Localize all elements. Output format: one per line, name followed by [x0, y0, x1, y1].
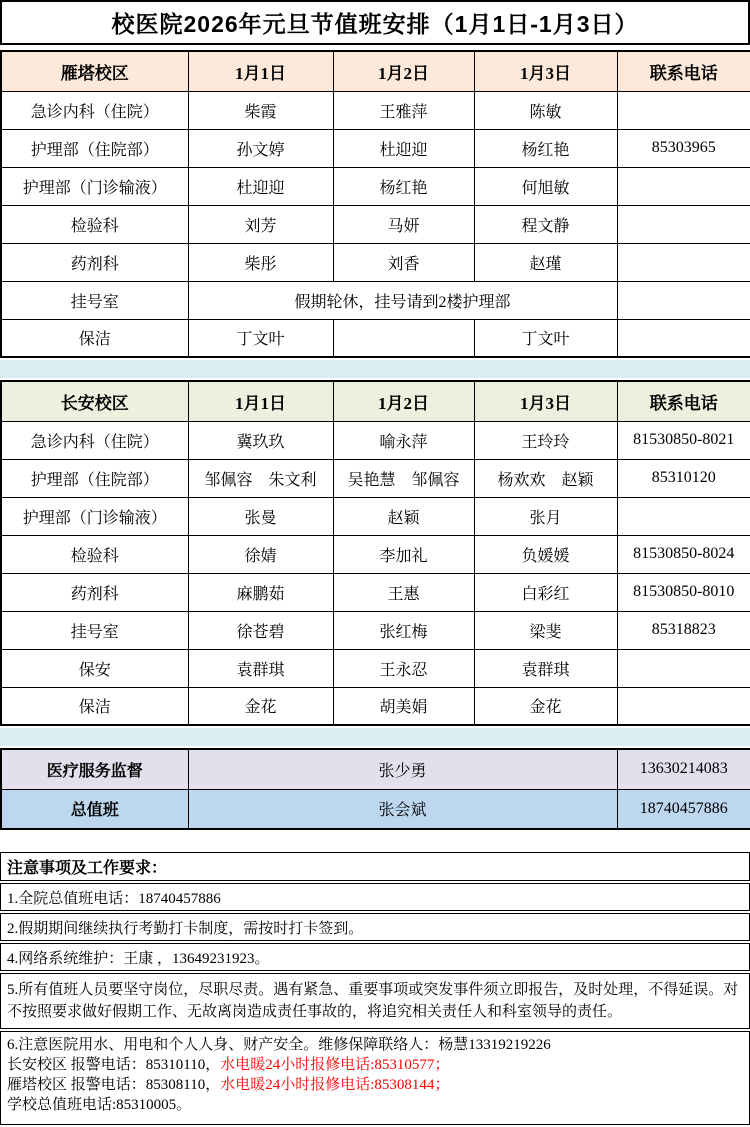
phone-cell — [617, 649, 750, 687]
table-row: 药剂科 麻鹏茹 王惠 白彩红 81530850-8010 — [1, 573, 750, 611]
phone-cell — [617, 167, 750, 205]
note-item-2: 2.假期期间继续执行考勤打卡制度，需按时打卡签到。 — [0, 913, 750, 941]
table-row: 保洁 金花 胡美娟 金花 — [1, 687, 750, 725]
duty-cell: 徐婧 — [188, 535, 333, 573]
duty-cell: 喻永萍 — [333, 421, 474, 459]
general-duty-row: 总值班 张会斌 18740457886 — [1, 789, 750, 829]
duty-cell: 赵颖 — [333, 497, 474, 535]
page-title: 校医院2026年元旦节值班安排（1月1日-1月3日） — [0, 0, 750, 45]
phone-cell — [617, 497, 750, 535]
duty-cell — [333, 319, 474, 357]
yanta-header-row: 雁塔校区 1月1日 1月2日 1月3日 联系电话 — [1, 51, 750, 91]
note-item-6-line4: 学校总值班电话:85310005。 — [7, 1095, 743, 1115]
duty-cell: 白彩红 — [474, 573, 617, 611]
summary-phone-cell: 18740457886 — [617, 789, 750, 829]
table-row: 急诊内科（住院） 冀玖玖 喻永萍 王玲玲 81530850-8021 — [1, 421, 750, 459]
separator-band — [0, 360, 750, 378]
summary-name-cell: 张少勇 — [188, 749, 617, 789]
duty-cell: 杜迎迎 — [188, 167, 333, 205]
phone-cell — [617, 91, 750, 129]
duty-cell: 刘香 — [333, 243, 474, 281]
date1-header-cell: 1月1日 — [188, 381, 333, 421]
duty-cell: 丁文叶 — [188, 319, 333, 357]
summary-table: 医疗服务监督 张少勇 13630214083 总值班 张会斌 187404578… — [0, 748, 750, 830]
table-row: 保洁 丁文叶 丁文叶 — [1, 319, 750, 357]
yanta-alarm-phone: 雁塔校区 报警电话：85308110， — [7, 1077, 220, 1093]
dept-cell: 挂号室 — [1, 611, 188, 649]
duty-cell: 刘芳 — [188, 205, 333, 243]
duty-cell: 杨欢欢 赵颖 — [474, 459, 617, 497]
phone-cell: 85310120 — [617, 459, 750, 497]
duty-cell: 张月 — [474, 497, 617, 535]
duty-cell: 杨红艳 — [474, 129, 617, 167]
date2-header-cell: 1月2日 — [333, 381, 474, 421]
duty-cell: 徐苍碧 — [188, 611, 333, 649]
note-item-6-line2: 长安校区 报警电话：85310110，水电暖24小时报修电话:85310577； — [7, 1055, 743, 1075]
duty-cell: 丁文叶 — [474, 319, 617, 357]
phone-header-cell: 联系电话 — [617, 381, 750, 421]
phone-cell — [617, 243, 750, 281]
changan-alarm-phone: 长安校区 报警电话：85310110， — [7, 1057, 220, 1073]
duty-cell: 金花 — [474, 687, 617, 725]
dept-cell: 保洁 — [1, 319, 188, 357]
duty-cell: 何旭敏 — [474, 167, 617, 205]
phone-cell — [617, 319, 750, 357]
date3-header-cell: 1月3日 — [474, 381, 617, 421]
dept-cell: 检验科 — [1, 205, 188, 243]
medical-supervision-row: 医疗服务监督 张少勇 13630214083 — [1, 749, 750, 789]
yanta-repair-hotline: 水电暖24小时报修电话:85308144； — [220, 1077, 449, 1093]
duty-cell: 袁群琪 — [474, 649, 617, 687]
changan-campus-table: 长安校区 1月1日 1月2日 1月3日 联系电话 急诊内科（住院） 冀玖玖 喻永… — [0, 380, 750, 726]
date2-header-cell: 1月2日 — [333, 51, 474, 91]
campus-header-cell: 雁塔校区 — [1, 51, 188, 91]
summary-label-cell: 总值班 — [1, 789, 188, 829]
summary-phone-cell: 13630214083 — [617, 749, 750, 789]
table-row: 护理部（住院部） 邹佩容 朱文利 吴艳慧 邹佩容 杨欢欢 赵颖 85310120 — [1, 459, 750, 497]
dept-cell: 检验科 — [1, 535, 188, 573]
phone-cell: 81530850-8010 — [617, 573, 750, 611]
dept-cell: 药剂科 — [1, 243, 188, 281]
duty-schedule-sheet: 校医院2026年元旦节值班安排（1月1日-1月3日） 雁塔校区 1月1日 1月2… — [0, 0, 750, 1125]
duty-cell: 王惠 — [333, 573, 474, 611]
table-row: 挂号室 徐苍碧 张红梅 梁斐 85318823 — [1, 611, 750, 649]
dept-cell: 急诊内科（住院） — [1, 421, 188, 459]
note-item-5: 5.所有值班人员要坚守岗位，尽职尽责。遇有紧急、重要事项或突发事件须立即报告，及… — [0, 973, 750, 1029]
dept-cell: 保洁 — [1, 687, 188, 725]
date3-header-cell: 1月3日 — [474, 51, 617, 91]
duty-cell: 邹佩容 朱文利 — [188, 459, 333, 497]
duty-cell: 梁斐 — [474, 611, 617, 649]
duty-cell: 张曼 — [188, 497, 333, 535]
dept-cell: 护理部（门诊输液） — [1, 497, 188, 535]
duty-cell: 柴彤 — [188, 243, 333, 281]
phone-cell — [617, 687, 750, 725]
duty-cell: 杜迎迎 — [333, 129, 474, 167]
dept-cell: 护理部（门诊输液） — [1, 167, 188, 205]
duty-cell: 麻鹏茹 — [188, 573, 333, 611]
duty-cell: 王雅萍 — [333, 91, 474, 129]
phone-cell: 85318823 — [617, 611, 750, 649]
note-item-4: 4.网络系统维护：王康 ，13649231923。 — [0, 943, 750, 971]
duty-cell: 杨红艳 — [333, 167, 474, 205]
duty-cell: 冀玖玖 — [188, 421, 333, 459]
campus-header-cell: 长安校区 — [1, 381, 188, 421]
table-row: 护理部（住院部） 孙文婷 杜迎迎 杨红艳 85303965 — [1, 129, 750, 167]
changan-header-row: 长安校区 1月1日 1月2日 1月3日 联系电话 — [1, 381, 750, 421]
table-row: 护理部（门诊输液） 杜迎迎 杨红艳 何旭敏 — [1, 167, 750, 205]
phone-cell — [617, 205, 750, 243]
phone-cell: 85303965 — [617, 129, 750, 167]
duty-cell: 柴霞 — [188, 91, 333, 129]
phone-cell: 81530850-8024 — [617, 535, 750, 573]
duty-cell: 袁群琪 — [188, 649, 333, 687]
note-item-6-line1: 6.注意医院用水、用电和个人人身、财产安全。维修保障联络人：杨慧13319219… — [7, 1035, 743, 1055]
phone-cell — [617, 281, 750, 319]
separator-band — [0, 728, 750, 746]
table-row: 急诊内科（住院） 柴霞 王雅萍 陈敏 — [1, 91, 750, 129]
table-row-merged: 挂号室 假期轮休，挂号请到2楼护理部 — [1, 281, 750, 319]
dept-cell: 挂号室 — [1, 281, 188, 319]
note-item-6: 6.注意医院用水、用电和个人人身、财产安全。维修保障联络人：杨慧13319219… — [0, 1031, 750, 1125]
table-row: 护理部（门诊输液） 张曼 赵颖 张月 — [1, 497, 750, 535]
dept-cell: 药剂科 — [1, 573, 188, 611]
note-item-6-line3: 雁塔校区 报警电话：85308110，水电暖24小时报修电话:85308144； — [7, 1075, 743, 1095]
table-row: 检验科 刘芳 马妍 程文静 — [1, 205, 750, 243]
summary-label-cell: 医疗服务监督 — [1, 749, 188, 789]
duty-cell: 陈敏 — [474, 91, 617, 129]
table-row: 保安 袁群琪 王永忍 袁群琪 — [1, 649, 750, 687]
dept-cell: 护理部（住院部） — [1, 129, 188, 167]
duty-cell: 吴艳慧 邹佩容 — [333, 459, 474, 497]
duty-cell: 孙文婷 — [188, 129, 333, 167]
yanta-campus-table: 雁塔校区 1月1日 1月2日 1月3日 联系电话 急诊内科（住院） 柴霞 王雅萍… — [0, 50, 750, 358]
duty-cell: 程文静 — [474, 205, 617, 243]
dept-cell: 护理部（住院部） — [1, 459, 188, 497]
duty-cell: 赵瑾 — [474, 243, 617, 281]
duty-cell: 王玲玲 — [474, 421, 617, 459]
dept-cell: 急诊内科（住院） — [1, 91, 188, 129]
phone-header-cell: 联系电话 — [617, 51, 750, 91]
summary-name-cell: 张会斌 — [188, 789, 617, 829]
table-row: 药剂科 柴彤 刘香 赵瑾 — [1, 243, 750, 281]
duty-cell: 负媛媛 — [474, 535, 617, 573]
duty-cell: 马妍 — [333, 205, 474, 243]
date1-header-cell: 1月1日 — [188, 51, 333, 91]
merged-note-cell: 假期轮休，挂号请到2楼护理部 — [188, 281, 617, 319]
duty-cell: 胡美娟 — [333, 687, 474, 725]
duty-cell: 李加礼 — [333, 535, 474, 573]
duty-cell: 王永忍 — [333, 649, 474, 687]
note-item-1: 1.全院总值班电话：18740457886 — [0, 883, 750, 911]
duty-cell: 金花 — [188, 687, 333, 725]
phone-cell: 81530850-8021 — [617, 421, 750, 459]
changan-repair-hotline: 水电暖24小时报修电话:85310577； — [220, 1057, 449, 1073]
notes-heading: 注意事项及工作要求： — [0, 852, 750, 881]
notes-section: 注意事项及工作要求： 1.全院总值班电话：18740457886 2.假期期间继… — [0, 852, 750, 1125]
dept-cell: 保安 — [1, 649, 188, 687]
table-row: 检验科 徐婧 李加礼 负媛媛 81530850-8024 — [1, 535, 750, 573]
duty-cell: 张红梅 — [333, 611, 474, 649]
